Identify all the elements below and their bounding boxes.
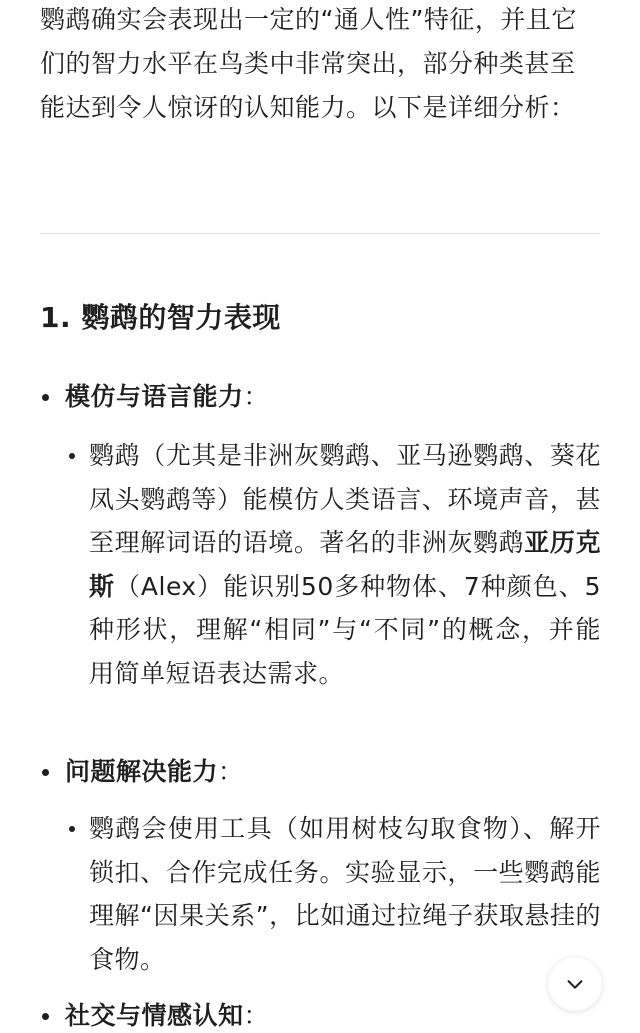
list-item-label-text: 问题解决能力: [65, 757, 218, 786]
list-item-label: 问题解决能力：: [65, 750, 244, 794]
scroll-to-bottom-button[interactable]: [548, 957, 602, 1011]
list-item-label-text: 社交与情感认知: [65, 1001, 244, 1030]
sub-list-item-text: 鹦鹉会使用工具（如用树枝勾取食物）、解开锁扣、合作完成任务。实验显示，一些鹦鹉能…: [89, 807, 601, 981]
colon: ：: [244, 382, 270, 411]
bullet-dot: [69, 826, 75, 832]
list-item-label-text: 模仿与语言能力: [65, 382, 244, 411]
sub-list-item: 鹦鹉会使用工具（如用树枝勾取食物）、解开锁扣、合作完成任务。实验显示，一些鹦鹉能…: [89, 807, 601, 981]
bullet-dot: [42, 769, 49, 776]
bullet-dot: [42, 394, 49, 401]
bullet-dot: [69, 453, 75, 459]
sub-list-item-text: 鹦鹉（尤其是非洲灰鹦鹉、亚马逊鹦鹉、葵花凤头鹦鹉等）能模仿人类语言、环境声音，甚…: [89, 434, 601, 695]
intro-paragraph: 鹦鹉确实会表现出一定的“通人性”特征，并且它们的智力水平在鸟类中非常突出，部分种…: [40, 0, 600, 130]
bullet-dot: [42, 1013, 49, 1020]
text-segment: （Alex）能识别50多种物体、7种颜色、5种形状，理解“相同”与“不同”的概念…: [89, 572, 601, 688]
colon: ：: [218, 757, 244, 786]
section-heading: 1. 鹦鹉的智力表现: [40, 296, 281, 340]
list-item-label: 社交与情感认知：: [65, 994, 269, 1033]
list-item-label: 模仿与语言能力：: [65, 375, 269, 419]
chevron-down-icon: [564, 973, 586, 995]
colon: ：: [244, 1001, 270, 1030]
sub-list-item: 鹦鹉（尤其是非洲灰鹦鹉、亚马逊鹦鹉、葵花凤头鹦鹉等）能模仿人类语言、环境声音，甚…: [89, 434, 601, 695]
divider: [40, 233, 600, 234]
